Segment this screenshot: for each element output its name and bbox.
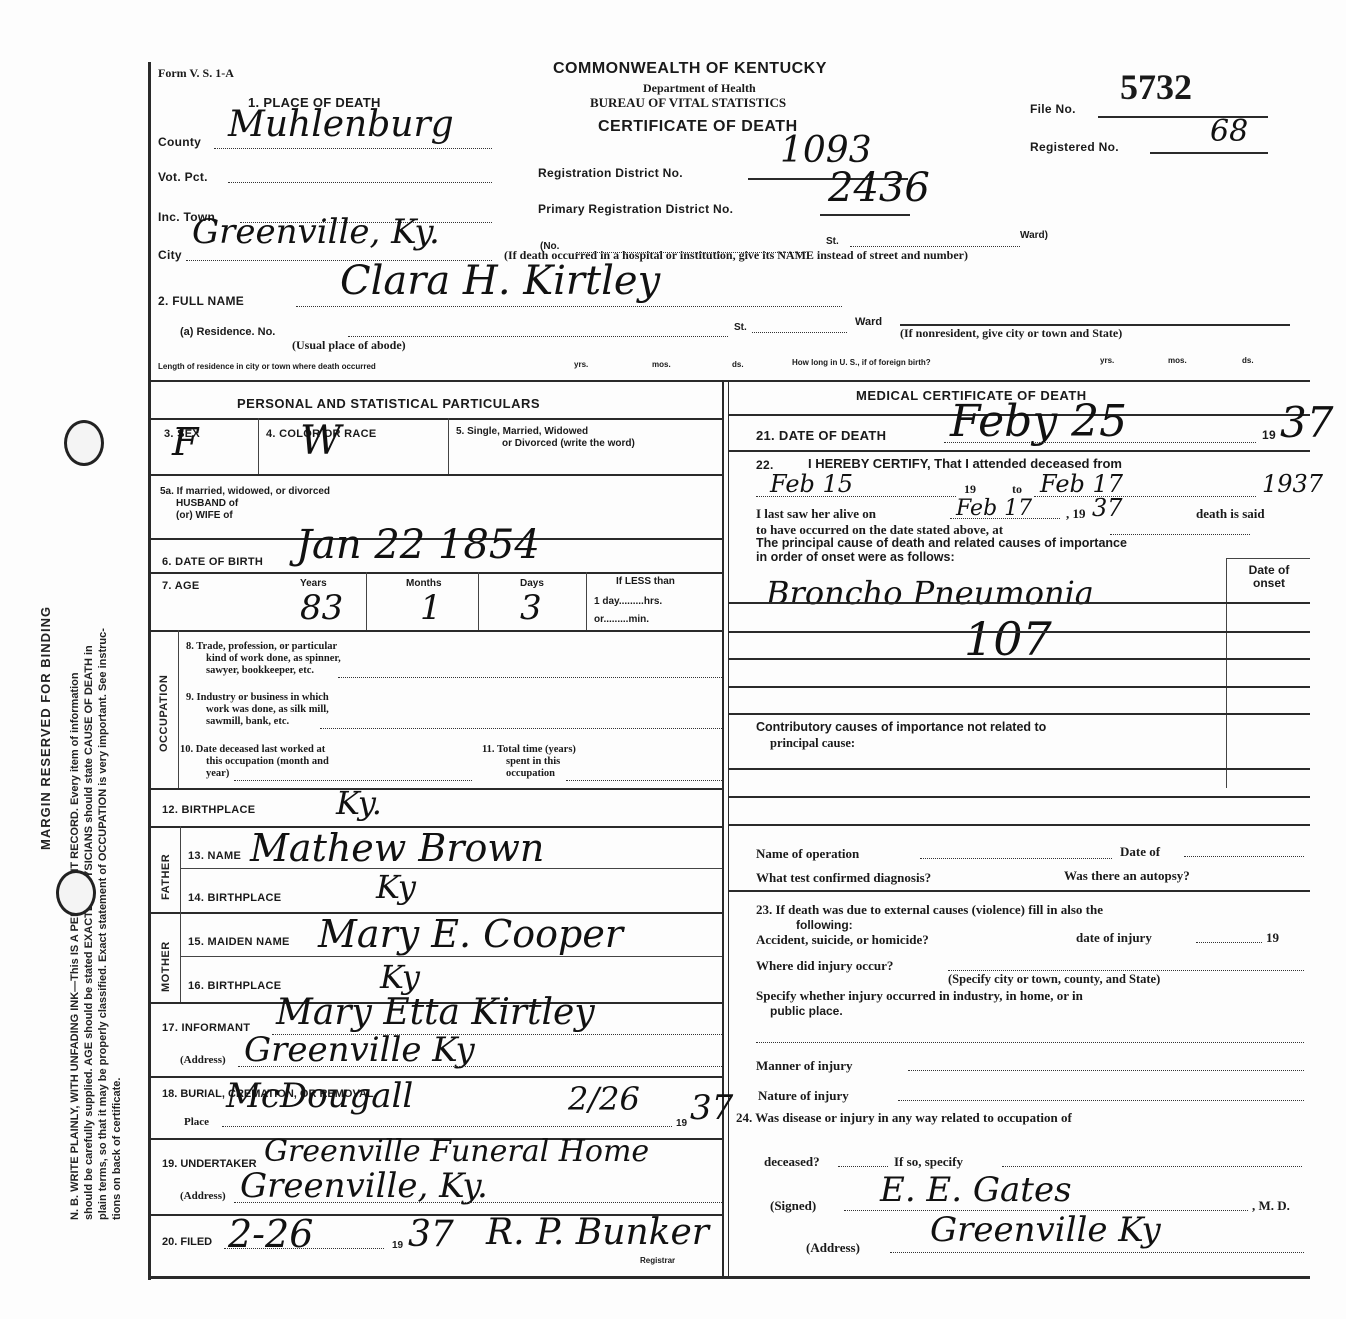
attended-from-line	[756, 496, 956, 497]
frame-bottom	[148, 1276, 1310, 1279]
punch-hole-icon	[64, 420, 104, 466]
burial-year-value: 37	[690, 1088, 733, 1128]
occupation-10-line	[234, 780, 472, 781]
occupation-8-label: 8. Trade, profession, or particular kind…	[186, 641, 341, 677]
filed-year-value: 37	[408, 1214, 454, 1255]
residence-ward-label: Ward	[855, 316, 882, 328]
occ11-line: occupation	[482, 768, 576, 780]
length-residence-label: Length of residence in city or town wher…	[158, 362, 376, 371]
occ9-line: work was done, as silk mill,	[186, 704, 329, 716]
operation-date-label: Date of	[1120, 844, 1160, 860]
attended-to-line	[1034, 496, 1256, 497]
cell-divider	[448, 418, 449, 474]
residence-st-line	[752, 332, 847, 333]
foreign-birth-label: How long in U. S., if of foreign birth?	[792, 358, 931, 367]
if-so-line	[1002, 1166, 1302, 1167]
contributory-line	[728, 796, 1310, 798]
occ10-line: year)	[180, 768, 329, 780]
nature-injury-line	[898, 1100, 1304, 1101]
occ8-line: 8. Trade, profession, or particular	[186, 641, 341, 653]
age-months-value: 1	[420, 588, 442, 628]
if-so-label: If so, specify	[894, 1154, 963, 1170]
cell-divider	[586, 572, 587, 630]
informant-label: 17. INFORMANT	[162, 1022, 250, 1034]
less-than-label: If LESS than	[616, 576, 675, 587]
length-mos: mos.	[652, 360, 671, 369]
last-saw-year: 37	[1092, 494, 1123, 522]
dod-label: 21. DATE OF DEATH	[756, 428, 886, 443]
attended-from-value: Feb 15	[770, 470, 853, 498]
certificate-title: CERTIFICATE OF DEATH	[598, 118, 798, 136]
instruction-line: should be carefully supplied. AGE should…	[82, 628, 96, 1220]
specify-injury-label-2: public place.	[770, 1004, 843, 1018]
state-title: COMMONWEALTH OF KENTUCKY	[553, 60, 827, 78]
full-name-line	[296, 306, 842, 307]
burial-date-value: 2/26	[568, 1080, 640, 1118]
father-birthplace-value: Ky	[376, 868, 416, 906]
manner-injury-line	[908, 1070, 1304, 1071]
personal-section-title: PERSONAL AND STATISTICAL PARTICULARS	[237, 396, 540, 411]
physician-signature: E. E. Gates	[880, 1170, 1072, 1210]
margin-instructions: N. B. WRITE PLAINLY, WITH UNFADING INK—T…	[68, 628, 124, 1220]
test-label: What test confirmed diagnosis?	[756, 870, 931, 886]
sex-value: F	[172, 420, 198, 464]
mother-name-value: Mary E. Cooper	[318, 912, 623, 956]
residence-line	[348, 336, 728, 337]
burial-year-prefix: 19	[676, 1118, 687, 1129]
vot-pct-line	[228, 182, 492, 183]
cause-line	[728, 658, 1310, 660]
filed-year-prefix: 19	[392, 1240, 403, 1251]
medical-row-line	[728, 890, 1310, 892]
dod-year-value: 37	[1280, 398, 1333, 447]
header-divider	[150, 380, 1310, 382]
physician-address-line	[890, 1252, 1304, 1253]
onset-column-top	[1226, 558, 1310, 559]
mother-side-label: MOTHER	[160, 941, 172, 992]
cause-line	[728, 631, 1310, 633]
where-injury-label: Where did injury occur?	[756, 958, 893, 974]
occ8-line: kind of work done, as spinner,	[186, 653, 341, 665]
city-label: City	[158, 248, 182, 262]
primary-district-label: Primary Registration District No.	[538, 202, 733, 216]
residence-sub: (Usual place of abode)	[292, 338, 406, 353]
specify-injury-label: Specify whether injury occurred in indus…	[756, 988, 1083, 1004]
registered-number-value: 68	[1210, 114, 1248, 149]
occupation-related-line	[838, 1166, 888, 1167]
row-line	[180, 956, 722, 957]
frame-left	[148, 62, 151, 1280]
occ10-line: 10. Date deceased last worked at	[180, 744, 329, 756]
occupation-11-line	[566, 780, 722, 781]
mother-side-divider	[180, 912, 181, 1002]
registration-district-label: Registration District No.	[538, 166, 683, 180]
bureau-name: BUREAU OF VITAL STATISTICS	[590, 95, 786, 111]
street-label: St.	[826, 236, 839, 247]
occupation-side-divider	[178, 630, 179, 788]
less-than-min: or.........min.	[594, 614, 649, 625]
registered-number-label: Registered No.	[1030, 140, 1119, 154]
date-of-onset-label: Date of onset	[1234, 564, 1304, 590]
operation-line	[920, 858, 1112, 859]
primary-district-value: 2436	[828, 165, 930, 211]
contributory-line	[728, 768, 1310, 770]
external-causes-label-2: following:	[796, 918, 853, 932]
length-yrs: yrs.	[574, 360, 588, 369]
signed-label: (Signed)	[770, 1198, 816, 1214]
file-number-label: File No.	[1030, 102, 1076, 116]
length-ds: ds.	[732, 360, 744, 369]
row-line	[150, 788, 722, 790]
dob-value: Jan 22 1854	[296, 522, 540, 568]
specify-injury-line	[756, 1042, 1304, 1043]
attended-from-year: 19	[964, 482, 976, 497]
contributory-label-2: principal cause:	[770, 736, 855, 751]
filed-line	[224, 1248, 384, 1249]
mother-birthplace-value: Ky	[380, 958, 420, 996]
physician-address-label: (Address)	[806, 1240, 860, 1256]
attended-to-year: 1937	[1262, 470, 1323, 498]
punch-hole-icon	[56, 870, 96, 916]
instruction-line: tions on back of certificate.	[110, 628, 124, 1220]
informant-value: Mary Etta Kirtley	[276, 992, 595, 1033]
file-number-value: 5732	[1120, 66, 1192, 108]
age-days-value: 3	[520, 588, 542, 628]
undertaker-value: Greenville Funeral Home	[264, 1134, 649, 1169]
external-causes-label: 23. If death was due to external causes …	[756, 902, 1103, 918]
spouse-label-3: (or) WIFE of	[176, 510, 233, 521]
instruction-line: N. B. WRITE PLAINLY, WITH UNFADING INK—T…	[68, 628, 82, 1220]
occupation-9-line	[320, 728, 722, 729]
cause-line	[728, 602, 1310, 604]
informant-address-value: Greenville Ky	[244, 1030, 475, 1070]
street-line	[850, 246, 1020, 247]
department-name: Department of Health	[643, 81, 756, 96]
manner-injury-label: Manner of injury	[756, 1058, 853, 1074]
where-injury-sub: (Specify city or town, county, and State…	[948, 972, 1160, 987]
nature-injury-label: Nature of injury	[758, 1088, 849, 1104]
full-name-label: 2. FULL NAME	[158, 294, 244, 308]
column-divider-inner	[728, 380, 729, 1276]
age-years-value: 83	[300, 588, 343, 628]
residence-label: (a) Residence. No.	[180, 326, 275, 338]
occ10-line: this occupation (month and	[180, 756, 329, 768]
form-number: Form V. S. 1-A	[158, 66, 234, 81]
father-name-label: 13. NAME	[188, 850, 241, 862]
county-value: Muhlenburg	[228, 104, 454, 145]
row-line	[150, 474, 722, 476]
birthplace-value: Ky.	[336, 784, 382, 822]
onset-column-divider	[1226, 558, 1227, 788]
mother-name-label: 15. MAIDEN NAME	[188, 936, 290, 948]
county-label: County	[158, 135, 201, 149]
less-than-hrs: 1 day.........hrs.	[594, 596, 662, 607]
certify-text: I HEREBY CERTIFY, That I attended deceas…	[808, 456, 1122, 471]
instruction-line: plain terms, so that it may be properly …	[96, 628, 110, 1220]
margin-binding-note: MARGIN RESERVED FOR BINDING	[38, 606, 53, 850]
cell-divider	[258, 418, 259, 474]
contributory-line	[728, 824, 1310, 826]
occ8-line: sawyer, bookkeeper, etc.	[186, 665, 341, 677]
occ9-line: 9. Industry or business in which	[186, 692, 329, 704]
dod-line	[944, 442, 1256, 443]
where-injury-line	[948, 970, 1304, 971]
last-saw-year-prefix: , 19	[1066, 506, 1086, 522]
foreign-yrs: yrs.	[1100, 356, 1114, 365]
operation-date-line	[1184, 856, 1304, 857]
principal-cause-label-2: in order of onset were as follows:	[756, 550, 955, 564]
contributory-label: Contributory causes of importance not re…	[756, 720, 1046, 734]
city-value: Greenville, Ky.	[192, 212, 440, 252]
cell-divider	[478, 572, 479, 630]
marital-label-2: or Divorced (write the word)	[502, 438, 635, 449]
father-birthplace-label: 14. BIRTHPLACE	[188, 892, 281, 904]
occupation-related-label-2: deceased?	[764, 1154, 820, 1170]
attended-to-label: to	[1012, 482, 1022, 497]
dod-year-prefix: 19	[1262, 428, 1276, 442]
autopsy-label: Was there an autopsy?	[1064, 868, 1190, 884]
last-saw-label: I last saw her alive on	[756, 506, 876, 522]
birthplace-label: 12. BIRTHPLACE	[162, 804, 255, 816]
filed-label: 20. FILED	[162, 1236, 212, 1248]
physician-address-value: Greenville Ky	[930, 1210, 1161, 1250]
undertaker-address-label: (Address)	[180, 1190, 226, 1202]
occ11-line: spent in this	[482, 756, 576, 768]
father-name-value: Mathew Brown	[250, 826, 544, 870]
occ11-line: 11. Total time (years)	[482, 744, 576, 756]
vot-pct-label: Vot. Pct.	[158, 170, 208, 184]
injury-date-line	[1196, 942, 1262, 943]
father-side-divider	[180, 826, 181, 912]
md-label: , M. D.	[1252, 1198, 1290, 1214]
informant-address-label: (Address)	[180, 1054, 226, 1066]
spouse-label: 5a. If married, widowed, or divorced	[160, 486, 330, 497]
foreign-ds: ds.	[1242, 356, 1254, 365]
ward-label: Ward)	[1020, 230, 1048, 241]
row-line	[150, 630, 722, 632]
burial-place-label: Place	[184, 1116, 209, 1128]
undertaker-address-line	[234, 1202, 722, 1203]
registered-number-line	[1150, 152, 1268, 154]
occupation-9-label: 9. Industry or business in which work wa…	[186, 692, 329, 728]
accident-label: Accident, suicide, or homicide?	[756, 932, 929, 948]
last-saw-line	[950, 518, 1060, 519]
full-name-value: Clara H. Kirtley	[340, 258, 660, 304]
injury-year-prefix: 19	[1266, 930, 1279, 946]
informant-address-line	[238, 1066, 722, 1067]
spouse-label-2: HUSBAND of	[176, 498, 238, 509]
injury-date-label: date of injury	[1076, 930, 1152, 946]
undertaker-address-value: Greenville, Ky.	[240, 1166, 488, 1206]
father-side-label: FATHER	[160, 854, 172, 900]
death-said-label: death is said	[1196, 506, 1265, 522]
marital-label: 5. Single, Married, Widowed	[456, 426, 588, 437]
dob-label: 6. DATE OF BIRTH	[162, 556, 263, 568]
row-line	[150, 572, 722, 574]
primary-district-line	[820, 214, 910, 216]
registrar-label: Registrar	[640, 1256, 675, 1265]
occupation-related-label: 24. Was disease or injury in any way rel…	[736, 1110, 1072, 1126]
occ9-line: sawmill, bank, etc.	[186, 716, 329, 728]
mother-birthplace-label: 16. BIRTHPLACE	[188, 980, 281, 992]
residence-st-label: St.	[734, 322, 747, 333]
age-label: 7. AGE	[162, 580, 199, 592]
burial-line	[222, 1126, 672, 1127]
filed-value: 2-26	[228, 1212, 313, 1256]
cause-of-death-value: Broncho Pneumonia	[766, 574, 1094, 612]
principal-cause-label: The principal cause of death and related…	[756, 536, 1127, 550]
occupation-11-label: 11. Total time (years) spent in this occ…	[482, 744, 576, 780]
death-certificate: MARGIN RESERVED FOR BINDING N. B. WRITE …	[0, 0, 1346, 1319]
personal-row-line	[150, 418, 722, 420]
occupation-side-label: OCCUPATION	[158, 675, 170, 752]
county-line	[214, 148, 492, 149]
color-value: W	[300, 418, 341, 464]
medical-row-line	[728, 450, 1310, 452]
cause-line	[728, 713, 1310, 715]
dod-value: Feby 25	[950, 396, 1127, 447]
foreign-mos: mos.	[1168, 356, 1187, 365]
cause-line	[728, 686, 1310, 688]
row-line	[180, 868, 722, 869]
occupation-10-label: 10. Date deceased last worked at this oc…	[180, 744, 329, 780]
registrar-signature: R. P. Bunker	[486, 1212, 709, 1253]
operation-label: Name of operation	[756, 846, 859, 862]
nonresident-note: (If nonresident, give city or town and S…	[900, 326, 1122, 341]
cell-divider	[366, 572, 367, 630]
occurred-line	[1110, 534, 1250, 535]
occupation-8-line	[338, 677, 722, 678]
column-divider	[722, 380, 724, 1276]
burial-place-value: McDougall	[226, 1076, 413, 1116]
